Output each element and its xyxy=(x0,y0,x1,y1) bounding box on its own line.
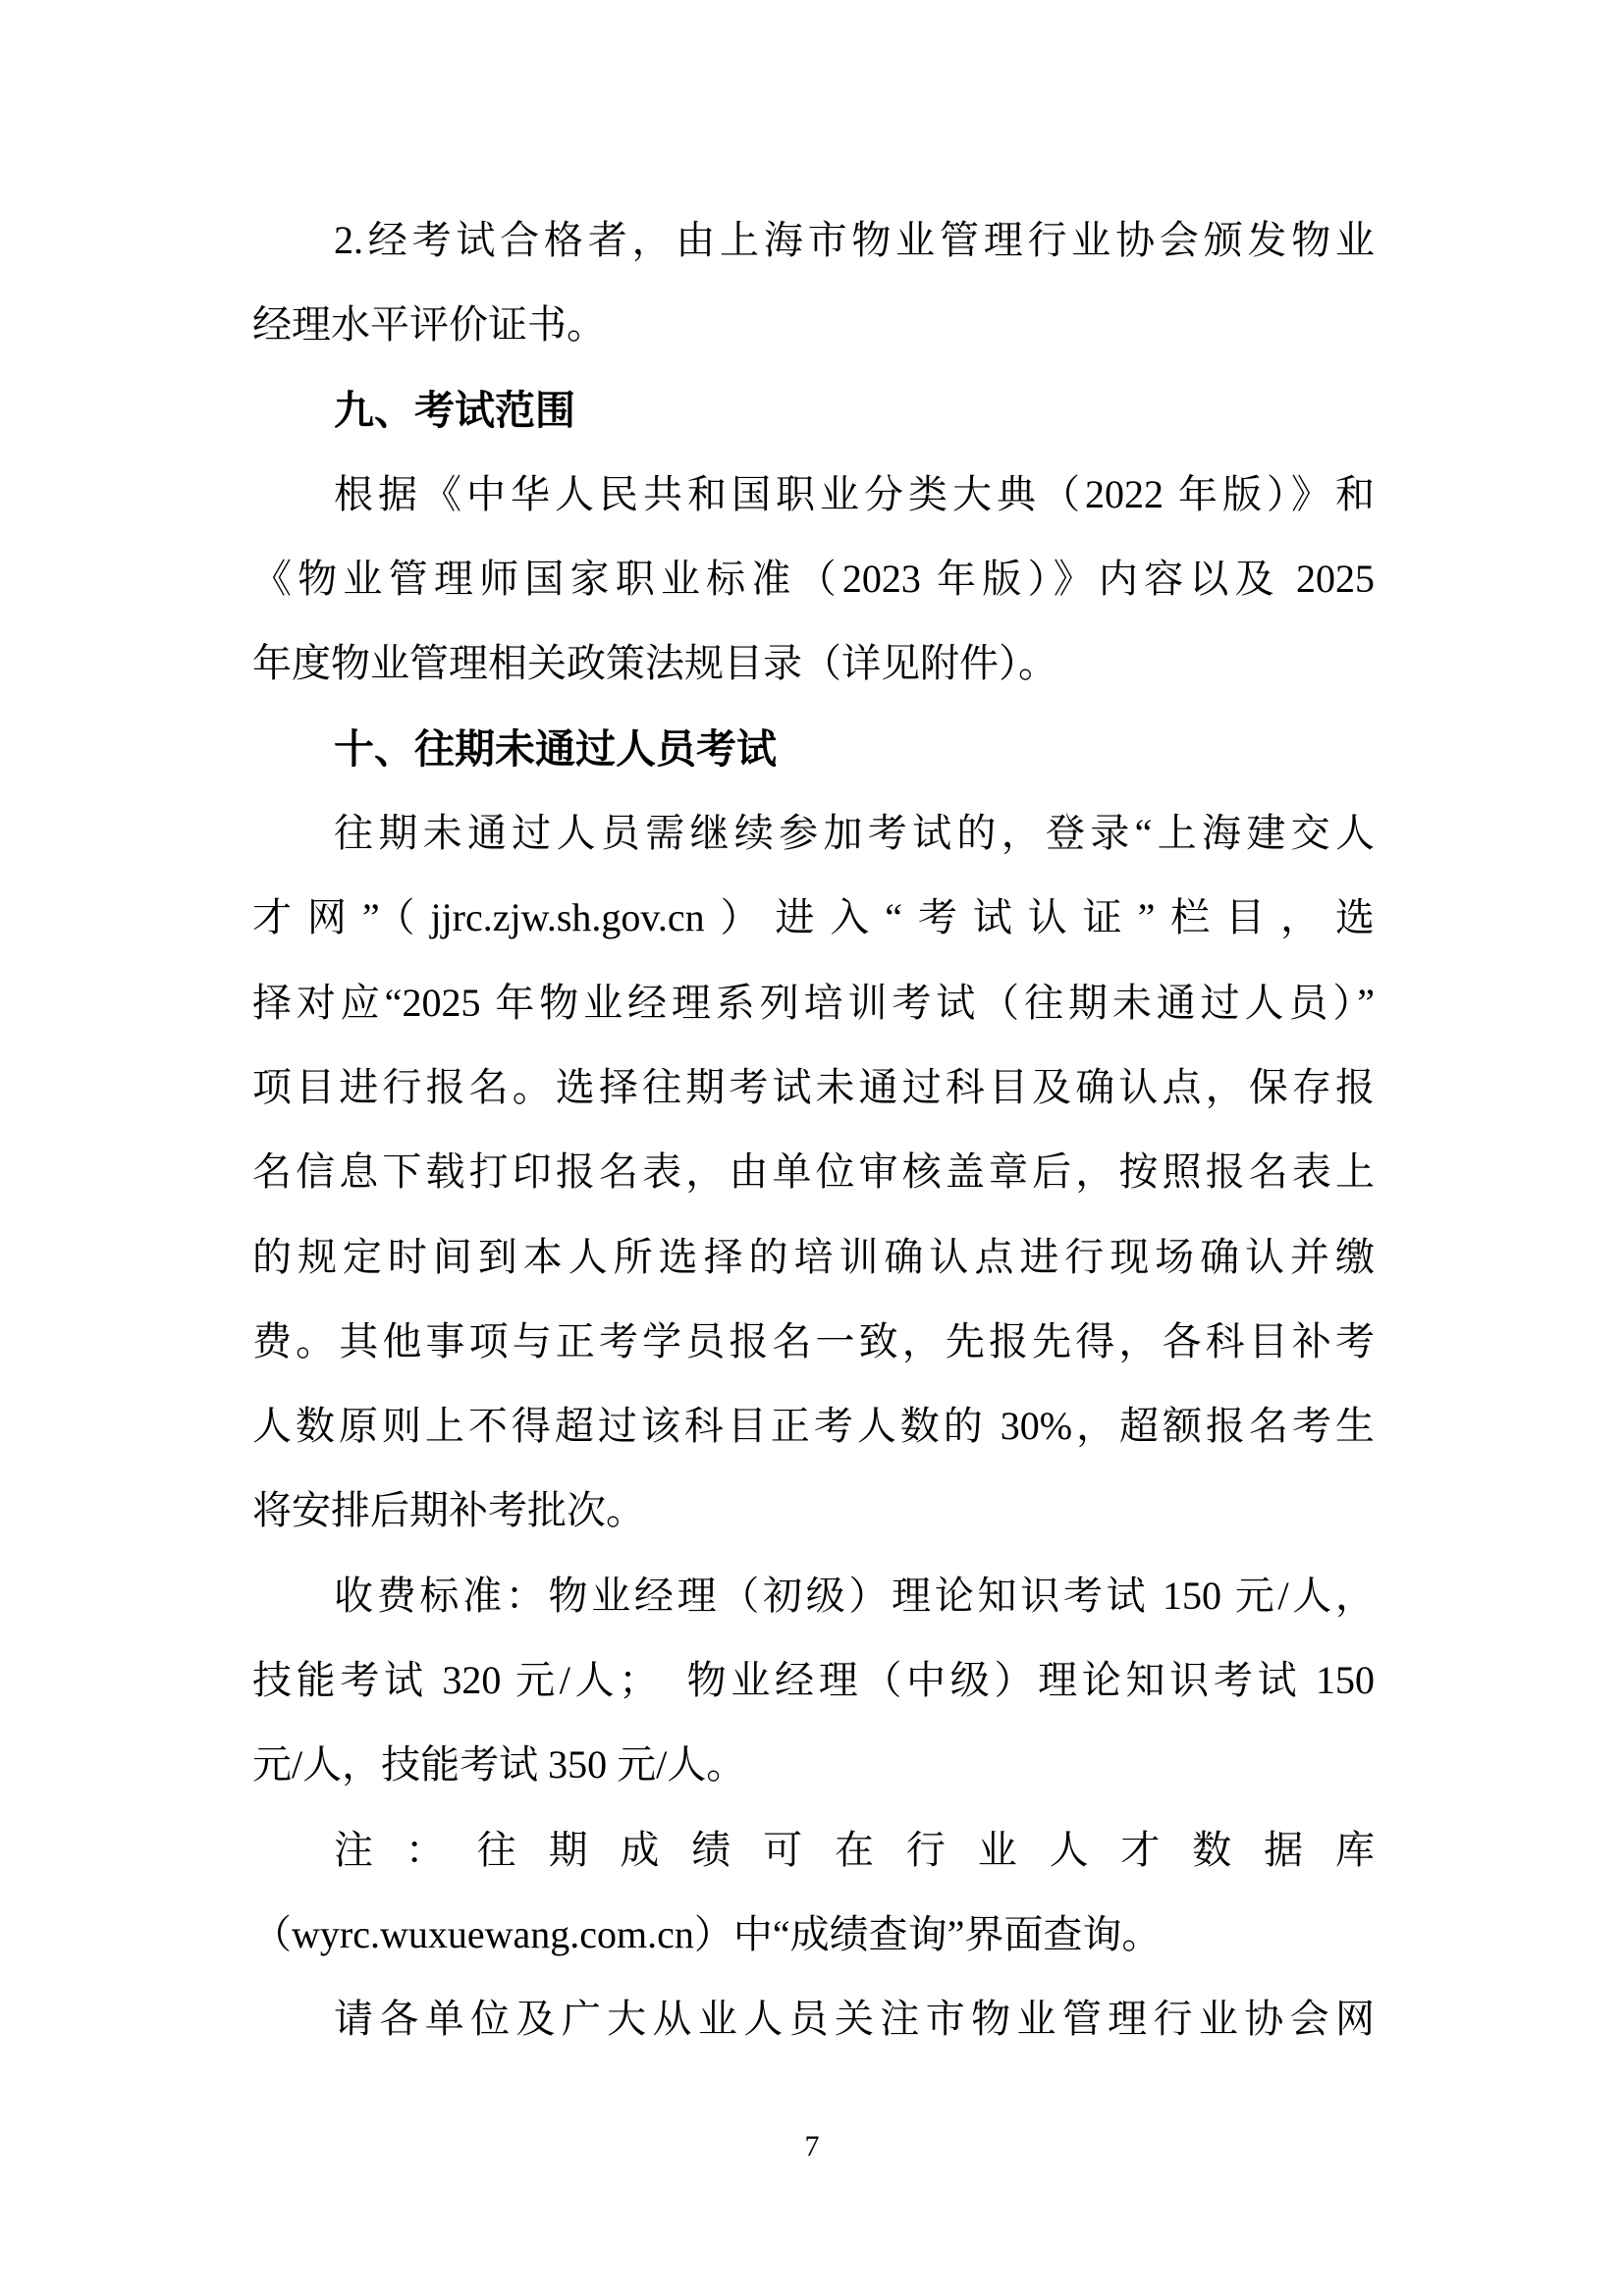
body-text-line: 元/人，技能考试 350 元/人。 xyxy=(252,1723,1375,1807)
body-text-line: 人数原则上不得超过该科目正考人数的 30%，超额报名考生 xyxy=(252,1384,1375,1468)
body-text-line: 《物业管理师国家职业标准（2023 年版）》内容以及 2025 xyxy=(252,537,1375,621)
body-text-line: 择对应“2025 年物业经理系列培训考试（往期未通过人员）” xyxy=(252,961,1375,1045)
body-text-line: 名信息下载打印报名表，由单位审核盖章后，按照报名表上 xyxy=(252,1130,1375,1214)
body-text-line: 经理水平评价证书。 xyxy=(252,283,1375,367)
body-text-line: 的规定时间到本人所选择的培训确认点进行现场确认并缴 xyxy=(252,1215,1375,1300)
document-body: 2.经考试合格者，由上海市物业管理行业协会颁发物业经理水平评价证书。九、考试范围… xyxy=(252,198,1375,2062)
body-text-line: 项目进行报名。选择往期考试未通过科目及确认点，保存报 xyxy=(252,1045,1375,1130)
body-text-line: 注：往期成绩可在行业人才数据库 xyxy=(252,1808,1375,1893)
section-heading: 十、往期未通过人员考试 xyxy=(252,707,1375,791)
body-text-line: 年度物业管理相关政策法规目录（详见附件）。 xyxy=(252,621,1375,706)
body-text-line: 根据《中华人民共和国职业分类大典（2022 年版）》和 xyxy=(252,453,1375,537)
page-footer: 7 xyxy=(0,2122,1624,2171)
body-text-line: 请各单位及广大从业人员关注市物业管理行业协会网 xyxy=(252,1977,1375,2061)
body-text-line: 往期未通过人员需继续参加考试的，登录“上海建交人 xyxy=(252,791,1375,876)
body-text-line: 收费标准：物业经理（初级）理论知识考试 150 元/人， xyxy=(252,1554,1375,1638)
body-text-line: （wyrc.wuxuewang.com.cn）中“成绩查询”界面查询。 xyxy=(252,1893,1375,1977)
section-heading: 九、考试范围 xyxy=(252,368,1375,453)
body-text-line: 才网”（jjrc.zjw.sh.gov.cn）进入“考试认证”栏目，选 xyxy=(252,876,1375,960)
page-number: 7 xyxy=(805,2130,820,2163)
body-text-line: 费。其他事项与正考学员报名一致，先报先得，各科目补考 xyxy=(252,1300,1375,1384)
body-text-line: 2.经考试合格者，由上海市物业管理行业协会颁发物业 xyxy=(252,198,1375,283)
body-text-line: 技能考试 320 元/人； 物业经理（中级）理论知识考试 150 xyxy=(252,1638,1375,1723)
body-text-line: 将安排后期补考批次。 xyxy=(252,1468,1375,1553)
document-page: 2.经考试合格者，由上海市物业管理行业协会颁发物业经理水平评价证书。九、考试范围… xyxy=(0,0,1624,2296)
